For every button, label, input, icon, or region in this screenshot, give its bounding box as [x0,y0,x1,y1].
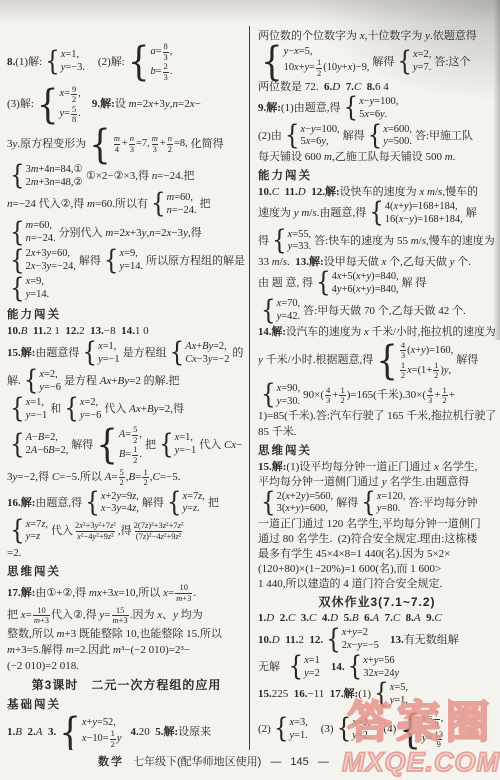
text-run: =8, [174,138,188,151]
text-run: A [372,612,384,625]
fraction: n2 [167,134,173,154]
system-row: x−y=100, [359,96,398,109]
text-run: 6 4 [375,81,389,94]
answer-line: 1.B 2.A 3.{x+y=52,x−10=12y4.20 5.解:设原来 [7,716,246,750]
text-run: C [309,612,322,625]
text-run: y [117,733,122,746]
text-run: 解得 [79,255,101,268]
text-run: y=7. [413,62,431,75]
system-row: x=3, [289,717,307,730]
answer-line: 两位数是 72. 6.D 7.C 8.6 4 [258,81,496,94]
system-row: m4+n3=7,m3+n2=8, [112,134,188,154]
answer-line: m+3=5.解得 m=2.因此 m³−(−2 010)=2³− [7,644,246,657]
text-run: 4 [401,340,405,350]
equation-system: {x+2y=9z,x−3y=4z, [85,491,139,516]
system-row: x−3y=4z, [101,503,139,516]
fraction: 23 [163,62,169,82]
text-run: 两位数的个位数字为 x,十位数字为 y.依题意得 [258,30,477,43]
text-run: 33 m/s. [258,256,295,269]
equation-system: {m=60,n=−24. [10,220,56,245]
fraction: 43 [427,386,433,406]
text-run: 7. [385,612,393,625]
system-row: y=2 [304,668,320,681]
text-run: 15. [258,688,272,701]
text-run: y−x=5, [284,46,313,59]
text-run: C [393,612,406,625]
text-run: 解 得 [402,277,427,290]
text-run: 答:这个 [434,56,470,69]
text-run: 2A−6B=2, [26,445,69,458]
text-run: 8 [72,114,76,124]
text-run: 2 [401,370,405,380]
text-run: B [15,726,27,739]
text-run: 所以原方程组的解是 [146,255,245,268]
text-run: x=600, [383,124,412,137]
answer-line: (3)解:{x=92,y=58.9.解:设 m=2x+3y,n=2x− [7,85,246,125]
system-row: 4(x+y)=168+184, [385,201,463,214]
text-run: 2m+3n=48,② [26,177,83,190]
text-run: x=1, [26,397,44,410]
system-row: x=600, [383,124,412,137]
text-run: 9.解: [258,102,281,115]
equation-system: {x=9,y=14. [10,276,49,301]
fraction: 10m+3 [33,606,50,626]
text-run: 整数,所以 m+3 既能整除 10,也能整除 15.所以 [7,628,222,641]
text-run: x=1 [304,655,320,668]
system-row: x−10=12y [82,729,122,749]
text-run: 5 [72,104,76,114]
system-row: 5x=6y, [300,136,339,149]
text-run: (x+y)=160, [407,345,453,358]
text-run: x=2, [39,369,57,382]
text-run: 15.解: [258,461,286,474]
equation-system: {2(x+2y)=560,3(x+y)=600, [261,491,333,516]
brace: { [369,200,384,227]
text-run: x+y=2 [342,627,368,640]
text-run: 解. [7,375,21,388]
system-row: y=1. [289,730,307,743]
text-run: 4y+6(x+y)=840, [332,284,399,297]
answer-line: {3m+4n=84,①2m+3n=48,②①×2−②×3,得 n=−24.把 [7,164,246,189]
equation-system: {x=7z,y=z. [167,491,205,516]
section-header: 能力闯关 [258,167,496,183]
spacer [382,640,390,641]
equation-system: {x=1y=2 [289,655,320,680]
fraction: 52 [132,425,138,445]
system-row: A−B=2, [26,432,69,445]
text-run: 9 [72,84,76,94]
text-run: x+y=56 [363,655,394,668]
equation-system: {y−x=5,10x+y=12(10y+x)−9, [261,45,369,79]
answer-line: 15.解:(1)设平均每分钟一道正门通过 x 名学生, [258,461,496,474]
scanned-answer-page: 8.(1)解:{x=1,y=−3.(2)解:{a=83,b=23.(3)解:{x… [0,0,500,780]
answer-line: 每天铺设 600 m,乙施工队每天铺设 500 m. [258,151,496,164]
answer-line: 15.解:由题意得{x=1,y=−1是方程组{Ax+By=2,Cx−3y=−2的 [7,341,246,366]
system-row: y=30. [277,396,300,409]
system-row: x=2, [413,49,431,62]
answer-line: 14.解:设汽车的速度为 x 千米/小时,拖拉机的速度为 [258,326,491,339]
text-run: 90×( [303,389,324,402]
system-row: 3m+4n=84,① [26,164,83,177]
equation-system: {a=83,b=23. [128,42,173,82]
brace: { [397,48,412,75]
text-run: 13. [90,325,104,338]
system-row: x=90, [277,383,300,396]
text-run: x=70, [277,298,300,311]
fraction: 92 [71,85,77,105]
text-run: D [266,612,279,625]
text-run: 得 [258,235,269,248]
fraction: 43 [325,386,331,406]
answer-line: 速度为 y m/s.由题意,得{4(x+y)=168+184,16(x−y)=1… [258,201,496,226]
text-run: D [272,634,285,647]
text-run: 答:甲每天做 70 个,乙每天做 42 个. [303,305,466,318]
text-run: 答:甲施工队 [415,130,473,143]
equation-system: {x=2,y=7. [397,49,431,74]
text-run: 2 [443,395,447,405]
fraction: 83 [163,42,169,62]
text-run: C [434,612,441,625]
text-run: 2 [79,325,90,338]
text-run: 15 [116,605,125,615]
fraction: 52 [119,468,125,488]
text-run: m+3 [34,615,49,625]
column-divider [249,26,250,750]
text-run: x−3y=4z, [101,503,139,516]
fraction: 12 [400,361,406,381]
fraction: 2x²+3y²+7z²x²−4y²+9z² [74,521,117,541]
text-run: n=−24. [167,205,197,218]
text-run: 每天铺设 600 m,乙施工队每天铺设 500 m. [258,151,455,164]
equation-system: {43(x+y)=160,12x=(1+12)y, [376,341,453,381]
text-run: 1 [133,444,137,454]
brace: { [10,276,25,303]
text-run: 1)=85(千米).答:汽车行驶了 165 千米,拖拉机行驶了 [258,410,496,423]
text-run: m+3=5.解得 m=2.因此 m³−(−2 010)=2³− [7,644,190,657]
system-row: x=1, [61,49,85,62]
brace: { [261,382,276,409]
text-run: 速度为 y m/s.由题意,得 [258,207,366,220]
answer-line: {x=7z,y=z代入2x²+3y²+7z²x²−4y²+9z²,得2(7z)²… [7,519,246,544]
answer-line: {x=9,y=14. [7,276,246,301]
text-run: 9. [426,612,434,625]
text-run: 16(x−y)=168+184, [385,214,463,227]
text-run: 10. [7,325,21,338]
system-row: x=55, [288,229,311,242]
text-run: 2 [434,370,438,380]
text-run: , [139,429,142,442]
fraction: 12 [132,445,138,465]
equation-system: {x=55,y=33. [272,229,311,254]
text-run: x+2y=9z, [101,491,139,504]
equation-system: {x=1,y=−1 [159,432,196,457]
text-run: A [36,726,48,739]
text-run: ,B= [126,471,142,484]
text-run: 2(7z)²+3z²+7z² [134,520,184,530]
answer-line: (120+80)×(1−20%)=1 600(名),而 1 600> [258,563,496,576]
book-title: 数学 [98,753,124,769]
section-header: 思维闯关 [258,442,496,458]
text-run: 3(x+y)=600, [277,503,328,516]
system-row: x−y=100, [300,124,339,137]
subsection-title: 双休作业3(7.1~7.2) [258,593,496,610]
brace: { [82,340,97,367]
system-row: Ax+By=2, [185,341,229,354]
answer-line: {2x+3y=60,2x−3y=−24,解得{x=9,y=14.所以原方程组的解… [7,248,246,273]
text-run: 把 [200,198,211,211]
equation-system: {x=92,y=58. [37,85,81,125]
text-run: 化简得 [191,138,224,151]
footer-dash-right: — [318,756,329,768]
system-row: x=7z, [182,491,204,504]
text-run: 解得 [372,56,394,69]
text-run: ,得 [118,525,132,538]
text-run: 6. [324,81,332,94]
equation-system: {x=90,y=30. [261,383,300,408]
text-run: 3 [428,395,432,405]
system-row: y=7. [413,62,431,75]
text-run: D [298,186,311,199]
text-run: . [78,108,81,121]
text-run: Ax+By=2, [185,341,226,354]
system-row: x=120, [377,491,406,504]
equation-system: {x=600,y=500. [368,124,412,149]
brace: { [151,191,166,218]
system-row: x+2y=9z, [101,491,139,504]
text-run: (3) [321,723,334,736]
text-run: 4 [115,144,119,154]
text-run: y=−6 [39,382,61,395]
answer-line: 平均每分钟一道侧门通过 y 名学生.由题意得 [258,476,496,489]
answer-line: 1 440,所以建造的 4 道门符合安全规定. [258,578,496,591]
text-run: 解 [466,207,477,220]
equation-system: {m=60,n=−24. [151,192,197,217]
system-row: 2x−3y=−24, [26,261,76,274]
text-run: 代入 Cx− [199,439,242,452]
text-run: 2(x+2y)=560, [277,491,333,504]
spacer [84,104,92,105]
text-run: x−y=100, [359,96,398,109]
system-row: y=−1 [175,445,197,458]
answer-line: 85 千米. [258,425,496,438]
subsection-title: 第3课时 二元一次方程组的应用 [7,676,246,693]
answer-line: 16.解:由题意,得{x+2y=9z,x−3y=4z,解得{x=7z,y=z.把 [7,491,246,516]
brace: { [316,270,331,297]
section-header: 思维闯关 [7,563,246,579]
equation-system: {m4+n3=7,m3+n2=8, [89,128,187,162]
text-run: 11. [33,325,46,338]
system-row: 3(x+y)=600, [277,503,333,516]
fraction: 12 [316,58,322,78]
text-run: (2) [258,723,271,736]
equation-system: {x=120,y=80. [361,491,405,516]
system-row: x=1 [304,655,320,668]
text-run: x=120, [377,491,406,504]
answer-line: 通过 80 名学生. (2)符合安全规定.理由:这栋楼 [258,533,496,546]
text-run: 设快车的速度为 x m/s,慢车的 [340,186,478,199]
system-row: a=83, [150,42,172,62]
text-run: B [352,612,364,625]
text-run: 5x=6y, [300,136,328,149]
brace: { [128,42,150,82]
brace: { [10,219,25,246]
system-row: 4y+6(x+y)=840, [332,284,399,297]
text-run: )y, [440,365,451,378]
text-run: (1)解: [15,56,42,69]
text-run: 代入②,得 y= [51,609,110,622]
fraction: 2(7z)²+3z²+7z²(7z)²−4z²+9z² [133,521,185,541]
text-run: m+3 [113,615,128,625]
text-run: 答:平均每分钟 [408,497,477,510]
text-run: )=165(千米).30×( [347,389,426,402]
text-run: A [414,612,426,625]
text-run: y=−1 [26,410,48,423]
text-run: ①×2−②×3,得 n=−24.把 [86,170,195,183]
system-row: y=14. [120,261,143,274]
text-run: 8. [406,612,414,625]
text-run: 12. [65,325,79,338]
text-run: 5 [133,424,137,434]
answer-line: {x=1,y=−1和{x=2,y=−6代入 Ax+By=2,得 [7,397,246,422]
system-row: x=2, [39,369,61,382]
text-run: 设原来 [178,726,211,739]
text-run: + [122,138,128,151]
text-run: A−B=2, [26,432,58,445]
footer-dash-left: — [270,756,281,768]
text-run: x= [60,88,71,101]
text-run: y=30. [277,396,300,409]
text-run: y=14. [26,289,49,302]
text-run: 2 [164,61,168,71]
text-run: 3 [153,144,157,154]
equation-system: {x+y=5632x=24y [348,655,400,680]
text-run: 1 [143,467,147,477]
answer-line: y 千米/小时.根据题意,得{43(x+y)=160,12x=(1+12)y,解… [258,341,496,381]
system-row: m=60, [26,220,56,233]
brace: { [261,490,276,517]
text-run: (1)设平均每分钟一道正门通过 x 名学生, [286,461,477,474]
text-run: a= [150,46,161,59]
system-row: x=92, [60,85,81,105]
answer-line: 整数,所以 m+3 既能整除 10,也能整除 15.所以 [7,628,246,641]
answer-line: 无解 {x=1y=214.{x+y=5632x=24y [258,655,496,680]
system-row: y=−1 [26,410,48,423]
text-run: 13. [390,634,404,647]
system-row: y−x=5, [284,46,370,59]
fraction: 12 [110,729,116,749]
text-run: 设甲每天做 x 个,乙每天做 y 个. [324,256,471,269]
brace: { [167,490,182,517]
text-run: 20 [139,726,156,739]
text-run: (2)解: [98,56,125,69]
text-run: 5 [120,467,124,477]
brace: { [285,123,300,150]
brace: { [274,716,289,743]
equation-system: {x=9,y=14. [104,248,143,273]
system-row: x=1, [98,341,120,354]
text-run: 1 [443,385,447,395]
text-run: m+3 [176,593,191,603]
text-run: 把 [145,439,156,452]
text-run: 4(x+y)=168+184, [385,201,458,214]
text-run: (10y+x)−9, [323,62,369,75]
text-run: 10. [258,186,272,199]
answer-line: {m=60,n=−24.分别代入 m=2x+3y,n=2x−3y,得 [7,220,246,245]
brace: { [289,654,304,681]
text-run: 3. [301,612,309,625]
text-run: y=z [26,531,41,544]
text-run: 2 [340,395,344,405]
text-run: 分别代入 m=2x+3y,n=2x−3y,得 [59,227,202,240]
text-run: 2 [133,455,137,465]
text-run: n=−24. [26,233,56,246]
text-run: −11 [308,688,330,701]
system-row: x=9, [26,276,49,289]
system-row: x=2, [80,397,102,410]
section-header: 基础闯关 [7,696,246,712]
fraction: 12 [433,361,439,381]
equation-system: {x=1,y=−1 [82,341,119,366]
text-run: B= [119,449,131,462]
text-run: −8 [104,325,121,338]
text-run: n [168,133,172,143]
text-run: x=7z, [182,491,204,504]
text-run: . [139,449,142,462]
text-run: 16. [294,688,308,701]
equation-system: {x=2,y=−6 [64,397,101,422]
text-run: x=2, [80,397,98,410]
system-row: x=9, [120,248,143,261]
text-run: 4. [322,612,330,625]
spacer [323,667,331,668]
text-run: 是方程 Ax+By=2 的解.把 [64,375,179,388]
text-run: 11. [285,634,298,647]
text-run: 解得 [142,497,164,510]
text-run: 14. [331,661,345,674]
watermark-site: MXQE.COM [342,748,500,778]
text-run: 一道正门通过 120 名学生,平均每分钟一道侧门 [258,518,481,531]
brace: { [10,247,25,274]
system-row: m=60, [167,192,197,205]
text-run: 解得 [71,439,93,452]
fraction: 43 [400,341,406,361]
text-run: y=2 [304,668,320,681]
text-run: 1 [317,57,321,67]
text-run: 8. [7,56,15,69]
text-run: 12.解: [311,186,339,199]
watermark-logo: 答案圈 [342,701,500,745]
fraction: 10m+3 [175,583,192,603]
text-run: n=−24 代入②,得 m=60.所以有 [7,198,148,211]
text-run: 1 [434,360,438,370]
text-run: 3 [164,72,168,82]
answer-line: (2)由{x−y=100,5x=6y,解得{x=600,y=500.答:甲施工队 [258,124,496,149]
text-run: x=1, [61,49,79,62]
text-run: b= [150,66,161,79]
text-run: y=1. [289,730,307,743]
equation-system: {x=70,y=42. [261,298,300,323]
text-run: 1. [258,612,266,625]
text-run: 3m+4n=84,① [26,164,83,177]
text-run: 答:快车的速度为 55 m/s,慢车的速度为 [314,235,495,248]
fraction: m4 [113,134,121,154]
brace: { [64,396,79,423]
answer-line: 由 题 意, 得{4x+5(x+y)=840,4y+6(x+y)=840,解 得 [258,271,496,296]
text-run: 有无数组解 [404,634,459,647]
equation-system: {2x+3y=60,2x−3y=−24, [10,248,76,273]
text-run: 12. [309,634,323,647]
text-run: y=z. [182,503,199,516]
